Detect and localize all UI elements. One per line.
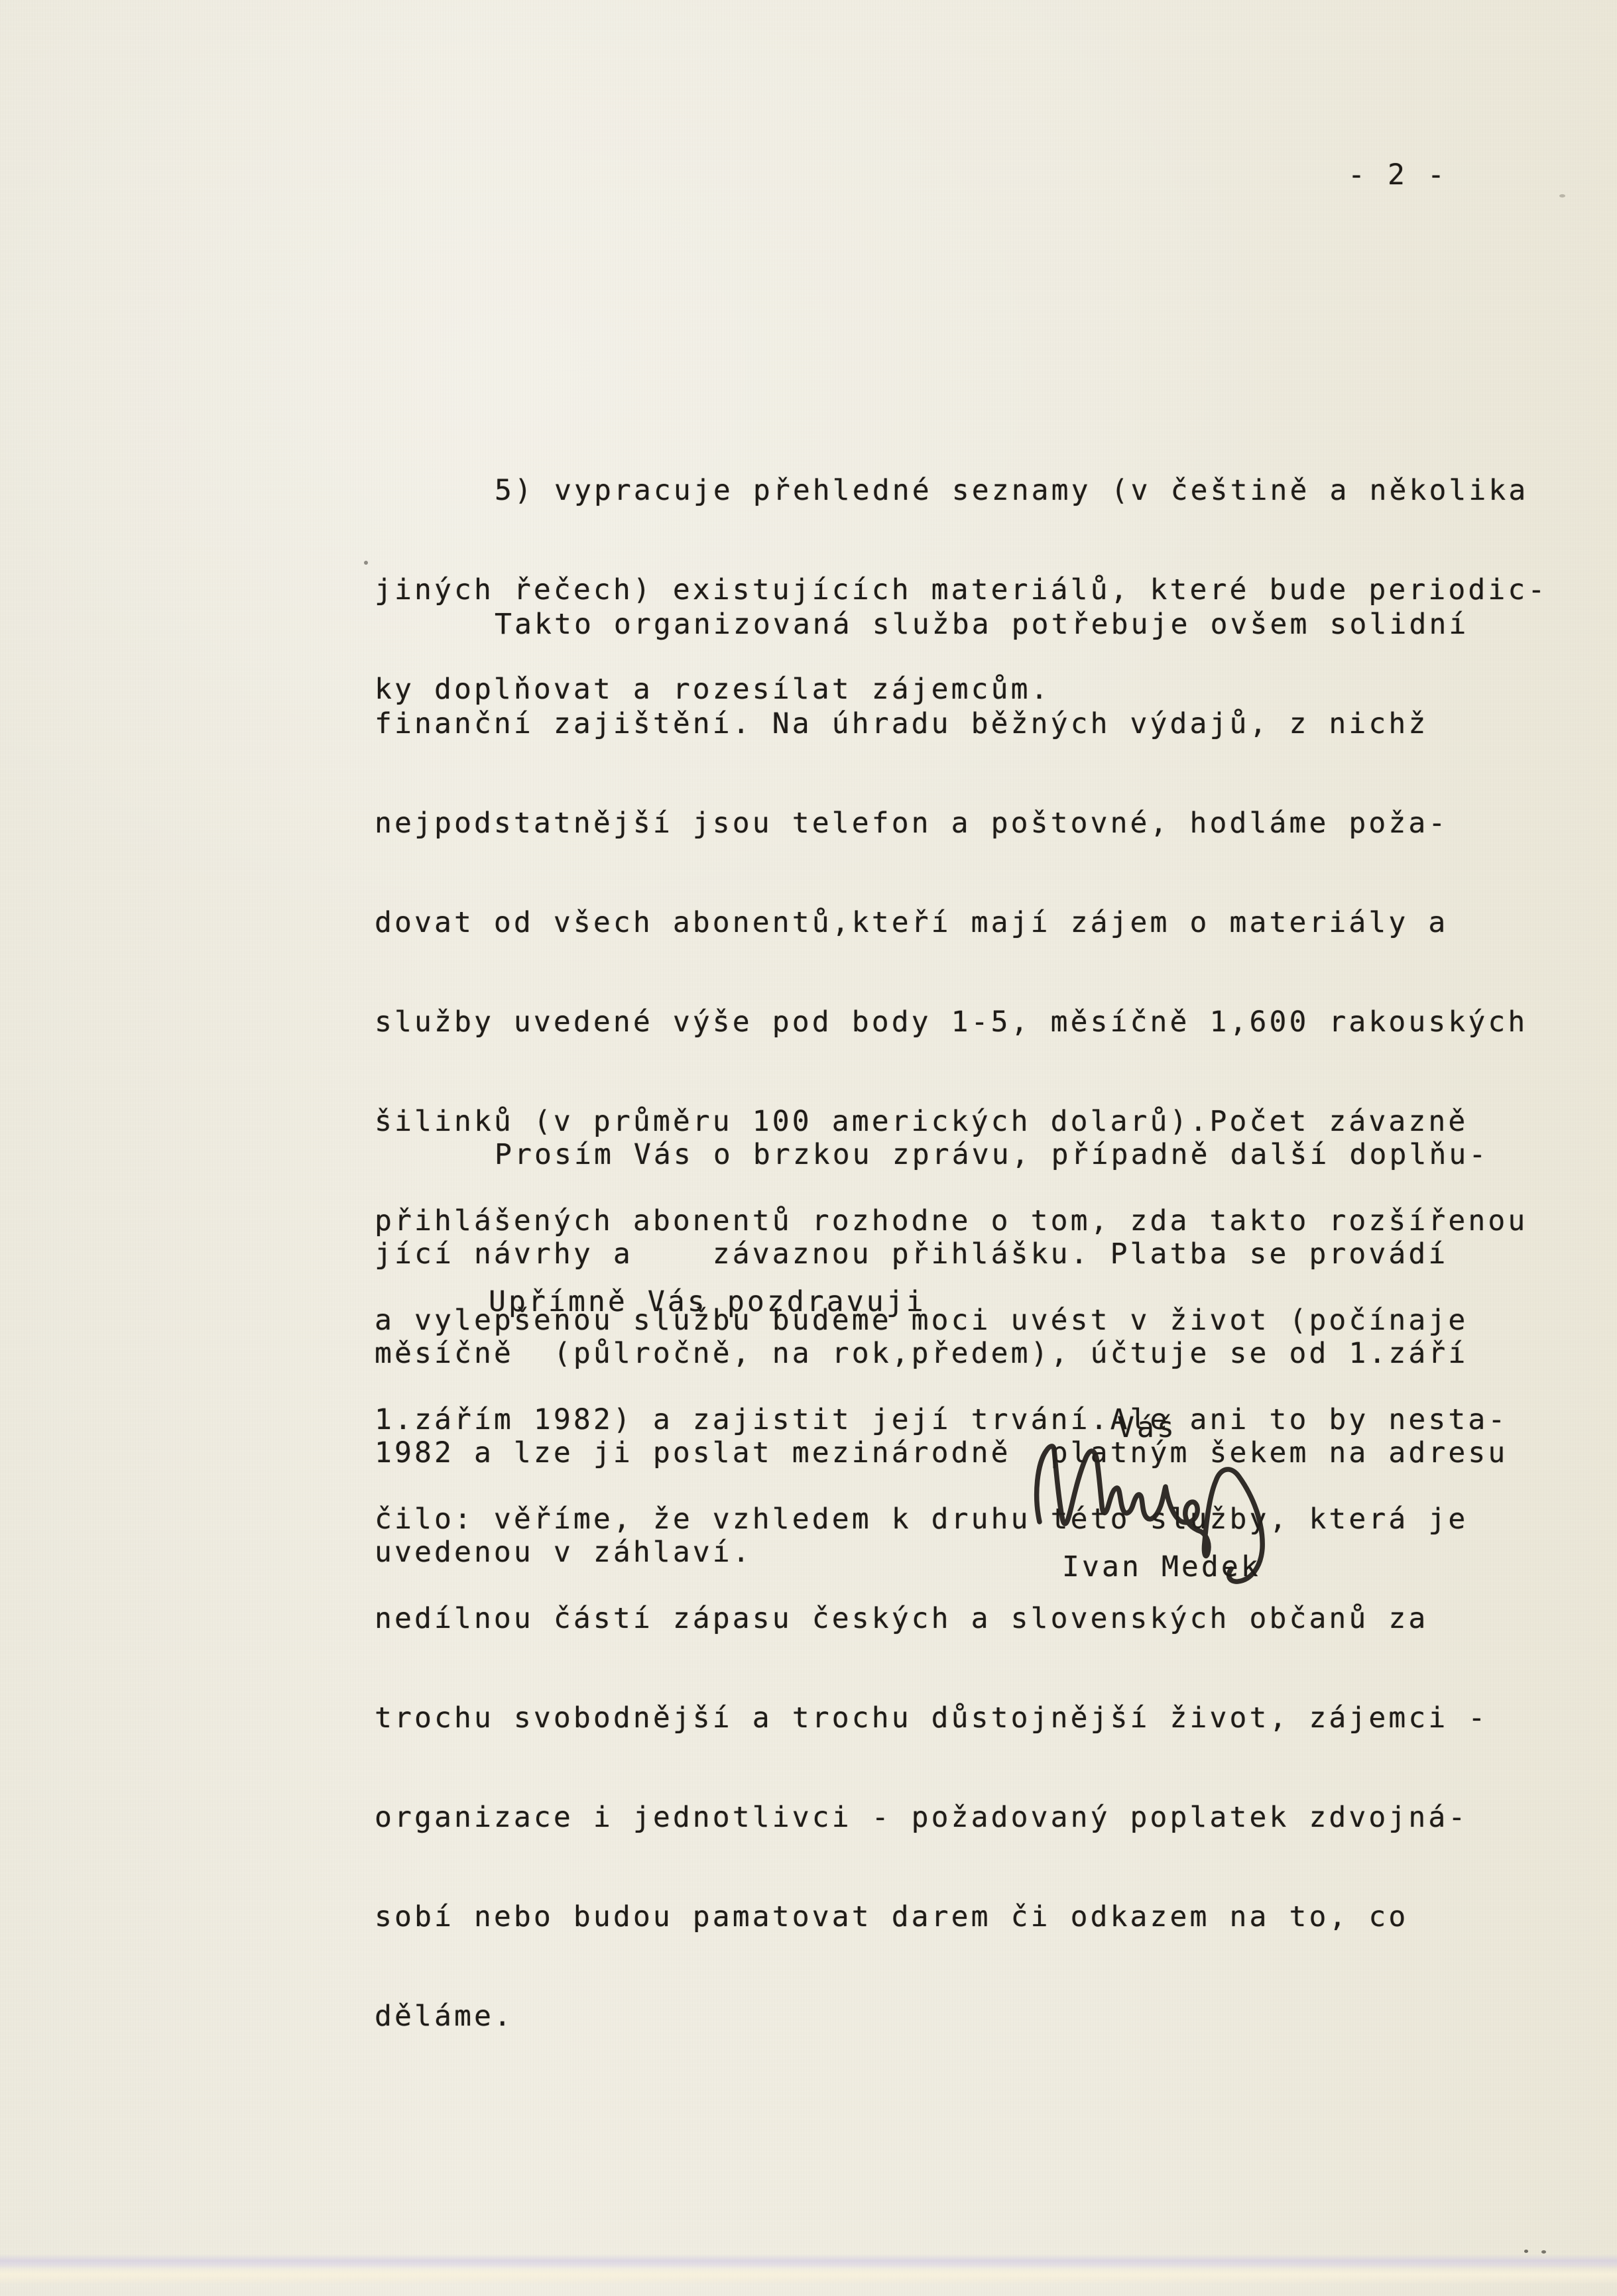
typewritten-line: jící návrhy a závaznou přihlášku. Platba… bbox=[375, 1237, 1508, 1271]
closing-line: Upřímně Vás pozdravuji bbox=[489, 1285, 926, 1318]
typewritten-line: 5) vypracuje přehledné seznamy (v češtin… bbox=[375, 474, 1547, 507]
typewritten-line: Takto organizovaná služba potřebuje ovše… bbox=[375, 608, 1527, 641]
typewritten-line: trochu svobodnější a trochu důstojnější … bbox=[375, 1701, 1527, 1735]
typewritten-line: služby uvedené výše pod body 1-5, měsíčn… bbox=[375, 1005, 1527, 1039]
paper-speck bbox=[1541, 2250, 1546, 2254]
paper-speck bbox=[1559, 194, 1565, 198]
typewritten-line: dovat od všech abonentů,kteří mají zájem… bbox=[375, 906, 1527, 939]
typewritten-line: finanční zajištění. Na úhradu běžných vý… bbox=[375, 707, 1527, 740]
ink-speck bbox=[364, 561, 368, 565]
signature-name: Ivan Medek bbox=[1062, 1550, 1261, 1583]
typewritten-line: měsíčně (půlročně, na rok,předem), účtuj… bbox=[375, 1337, 1508, 1370]
page-number: - 2 - bbox=[1348, 158, 1447, 192]
typewritten-line: nejpodstatnější jsou telefon a poštovné,… bbox=[375, 807, 1527, 840]
paragraph-3: Prosím Vás o brzkou zprávu, případně dal… bbox=[375, 1072, 1508, 1635]
typewritten-line: děláme. bbox=[375, 2000, 1527, 2033]
scan-edge-band bbox=[0, 2254, 1617, 2269]
scan-edge-band bbox=[0, 2267, 1617, 2285]
typewritten-line: uvedenou v záhlaví. bbox=[375, 1536, 1508, 1569]
paper-speck bbox=[1524, 2250, 1528, 2253]
typewritten-line: Prosím Vás o brzkou zprávu, případně dal… bbox=[375, 1138, 1508, 1171]
typewritten-line: organizace i jednotlivci - požadovaný po… bbox=[375, 1801, 1527, 1834]
letter-page: - 2 - 5) vypracuje přehledné seznamy (v … bbox=[0, 0, 1617, 2296]
typewritten-line: sobí nebo budou pamatovat darem či odkaz… bbox=[375, 1900, 1527, 1933]
typewritten-line: 1982 a lze ji poslat mezinárodně platným… bbox=[375, 1436, 1508, 1469]
